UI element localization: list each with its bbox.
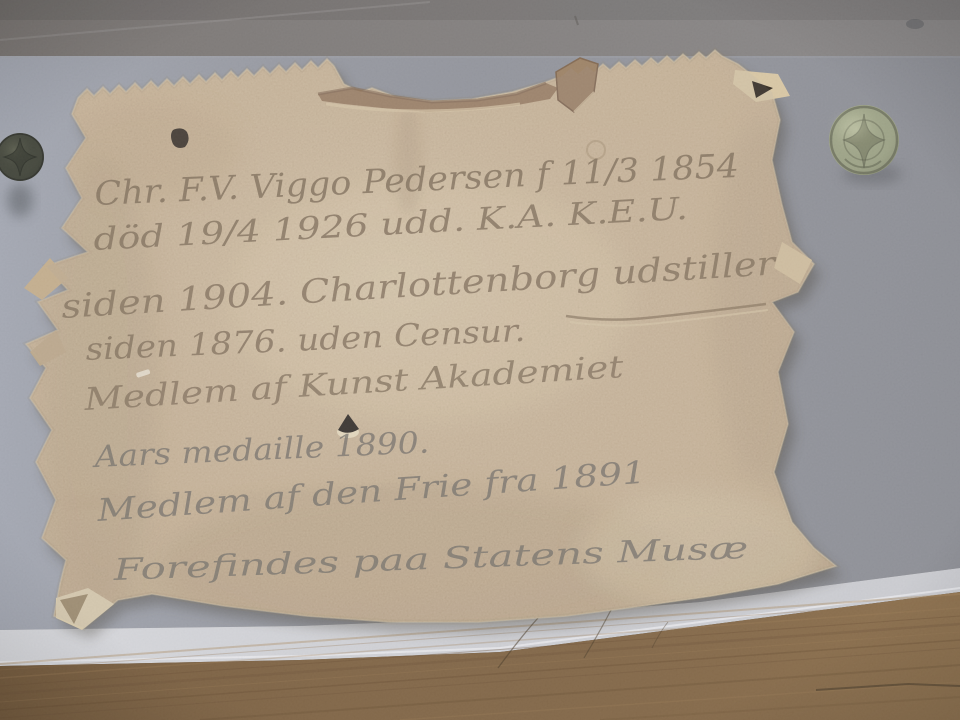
vignette — [0, 0, 960, 720]
photo-frame-back-label: Chr. F.V. Viggo Pedersen f 11/3 1854 död… — [0, 0, 960, 720]
